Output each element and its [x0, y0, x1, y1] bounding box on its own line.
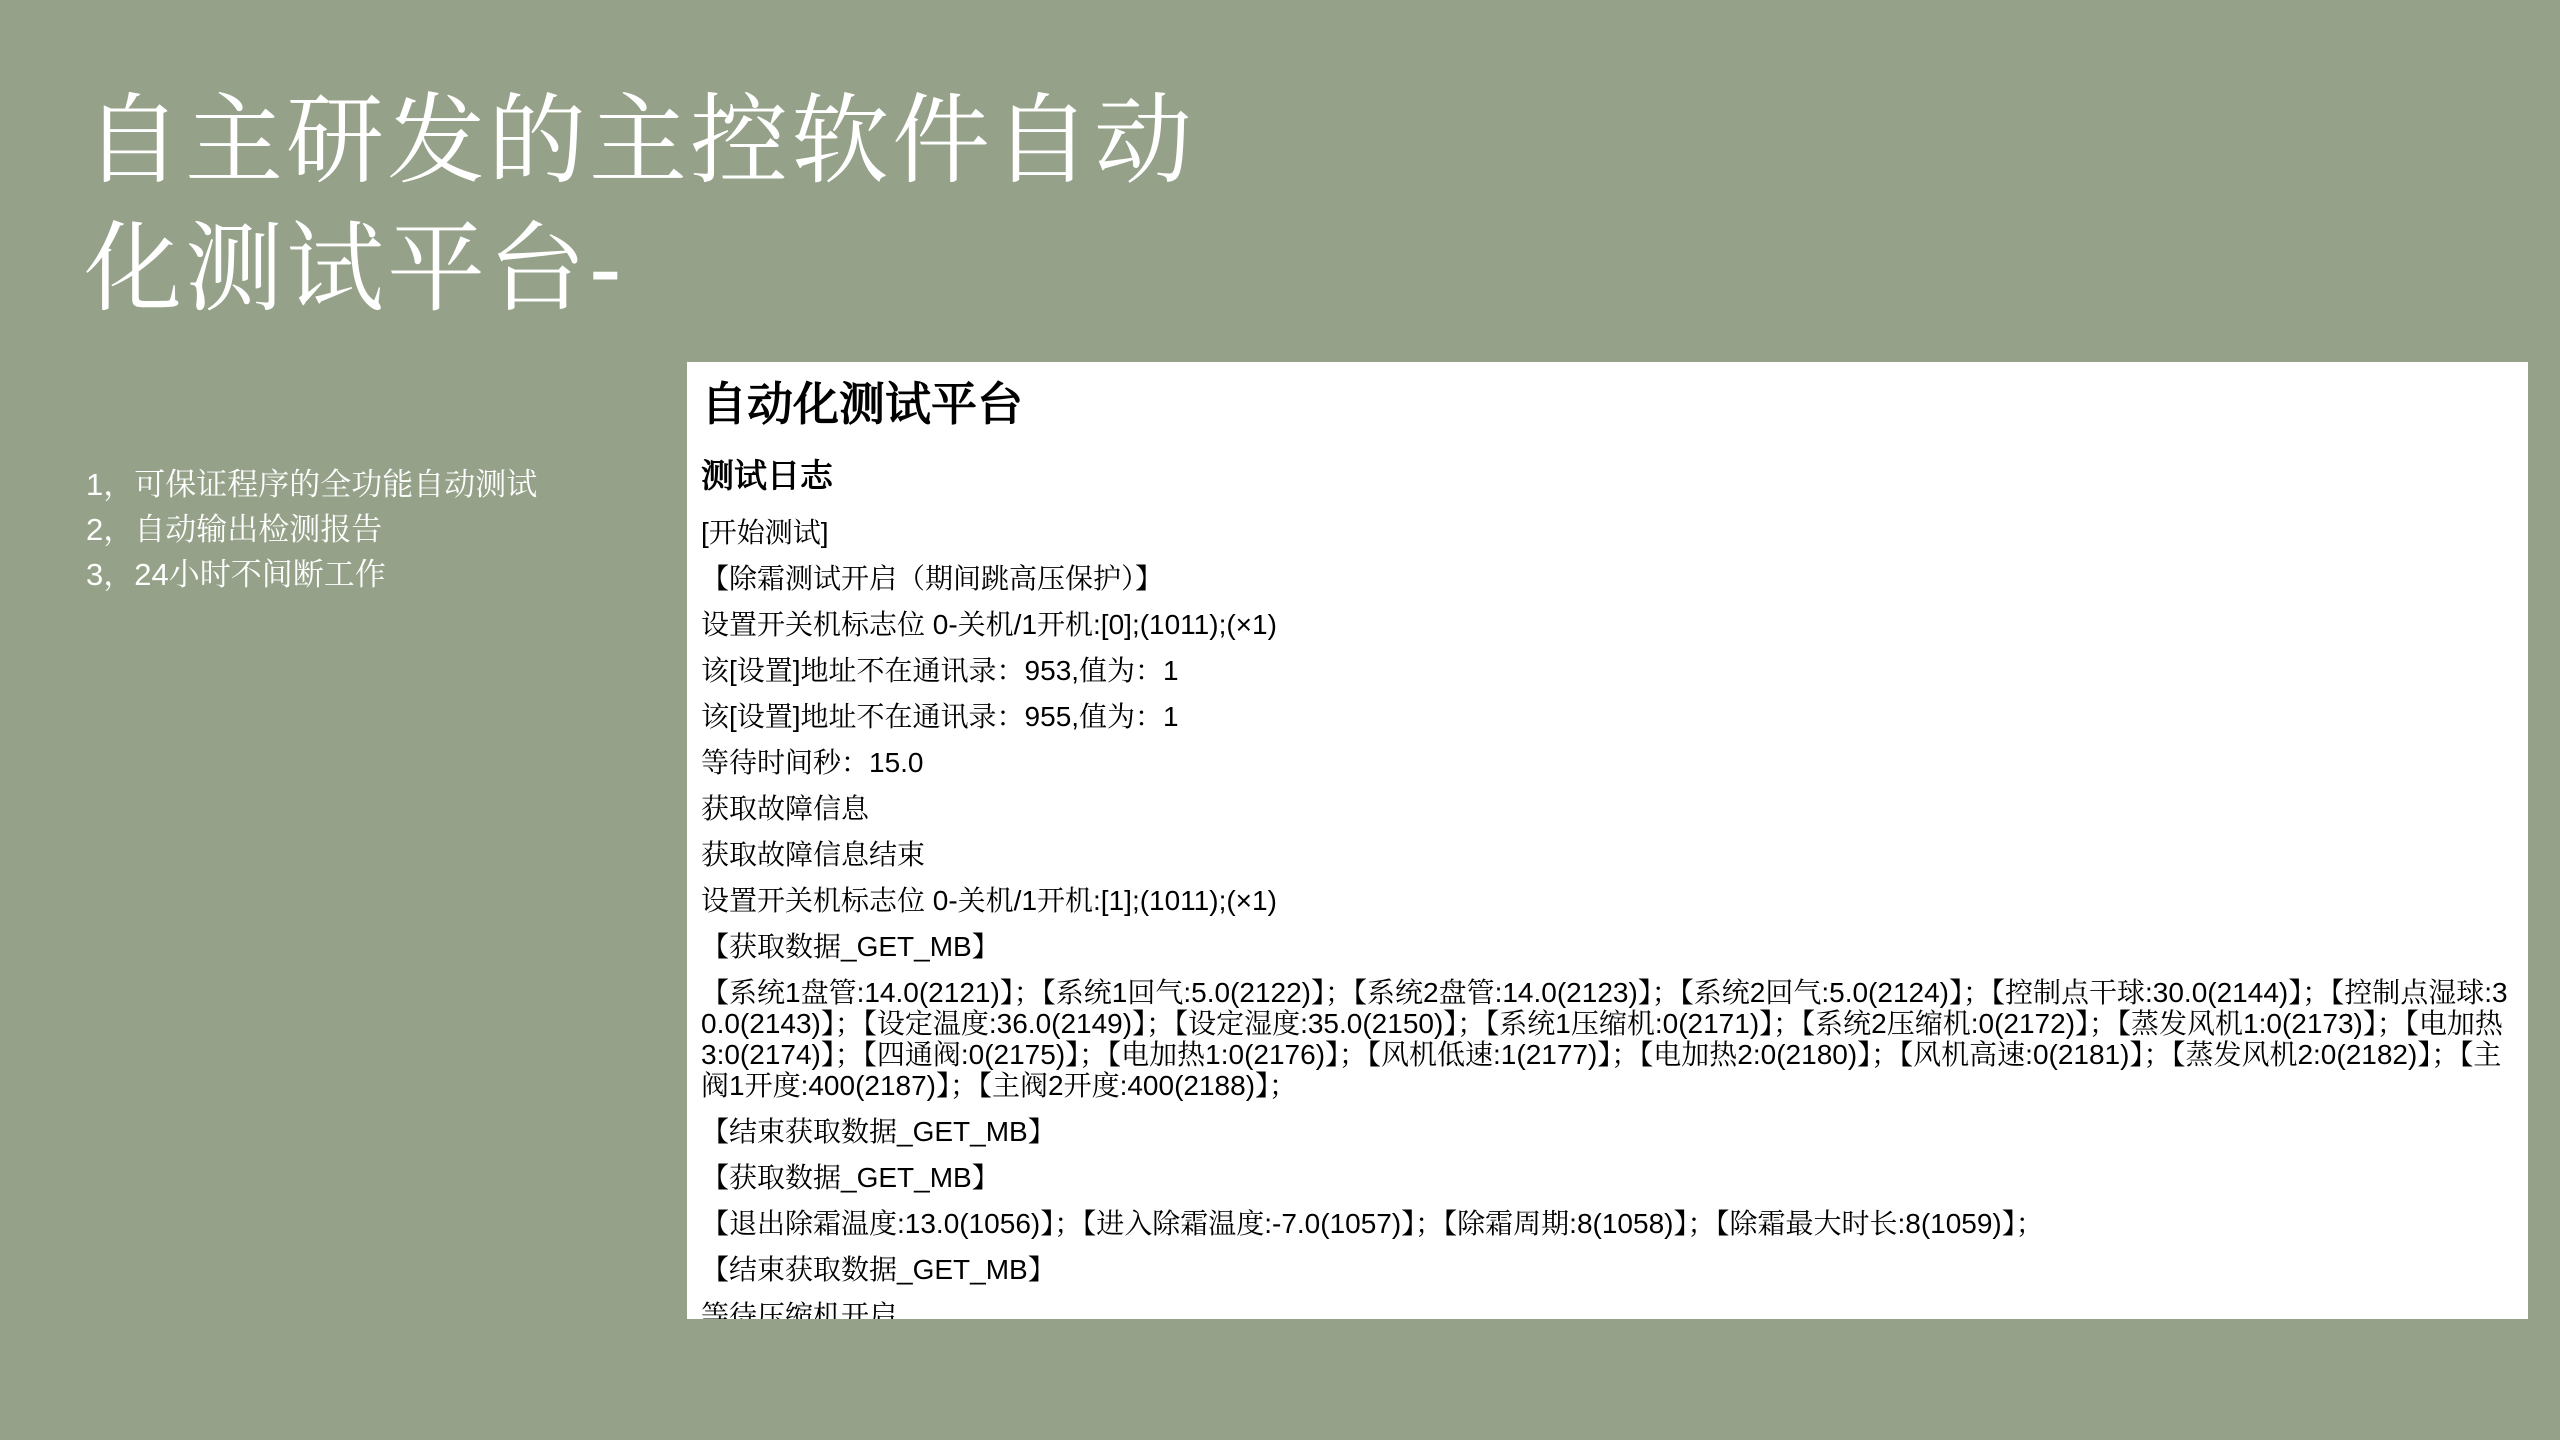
log-line: 【结束获取数据_GET_MB】 — [701, 1254, 2514, 1285]
feature-list: 1，可保证程序的全功能自动测试2，自动输出检测报告3，24小时不间断工作 — [86, 462, 537, 597]
log-line: 【获取数据_GET_MB】 — [701, 1162, 2514, 1193]
log-lines: [开始测试]【除霜测试开启（期间跳高压保护）】设置开关机标志位 0-关机/1开机… — [701, 517, 2514, 1319]
log-line: 等待压缩机开启 — [701, 1300, 2514, 1319]
log-line: 获取故障信息结束 — [701, 839, 2514, 870]
log-line: 【除霜测试开启（期间跳高压保护）】 — [701, 563, 2514, 594]
log-line: 【退出除霜温度:13.0(1056)】；【进入除霜温度:-7.0(1057)】；… — [701, 1208, 2514, 1239]
log-section-title: 测试日志 — [701, 457, 2514, 495]
log-line: 【结束获取数据_GET_MB】 — [701, 1116, 2514, 1147]
feature-item: 3，24小时不间断工作 — [86, 552, 537, 597]
slide-title-line-1: 自主研发的主控软件自动 — [84, 76, 1195, 204]
log-line: [开始测试] — [701, 517, 2514, 548]
log-line: 该[设置]地址不在通讯录：953,值为：1 — [701, 655, 2514, 686]
feature-item: 1，可保证程序的全功能自动测试 — [86, 462, 537, 507]
log-line: 获取故障信息 — [701, 793, 2514, 824]
log-line: 【系统1盘管:14.0(2121)】；【系统1回气:5.0(2122)】；【系统… — [701, 977, 2514, 1101]
slide-title-line-2: 化测试平台- — [84, 204, 1195, 332]
log-line: 【获取数据_GET_MB】 — [701, 931, 2514, 962]
slide: 自主研发的主控软件自动 化测试平台- 1，可保证程序的全功能自动测试2，自动输出… — [0, 0, 2560, 1440]
log-line: 等待时间秒：15.0 — [701, 747, 2514, 778]
panel-title: 自动化测试平台 — [701, 378, 2514, 431]
log-line: 该[设置]地址不在通讯录：955,值为：1 — [701, 701, 2514, 732]
test-log-panel: 自动化测试平台 测试日志 [开始测试]【除霜测试开启（期间跳高压保护）】设置开关… — [687, 362, 2528, 1319]
slide-title: 自主研发的主控软件自动 化测试平台- — [84, 76, 1195, 332]
log-line: 设置开关机标志位 0-关机/1开机:[0];(1011);(×1) — [701, 609, 2514, 640]
feature-item: 2，自动输出检测报告 — [86, 507, 537, 552]
log-line: 设置开关机标志位 0-关机/1开机:[1];(1011);(×1) — [701, 885, 2514, 916]
